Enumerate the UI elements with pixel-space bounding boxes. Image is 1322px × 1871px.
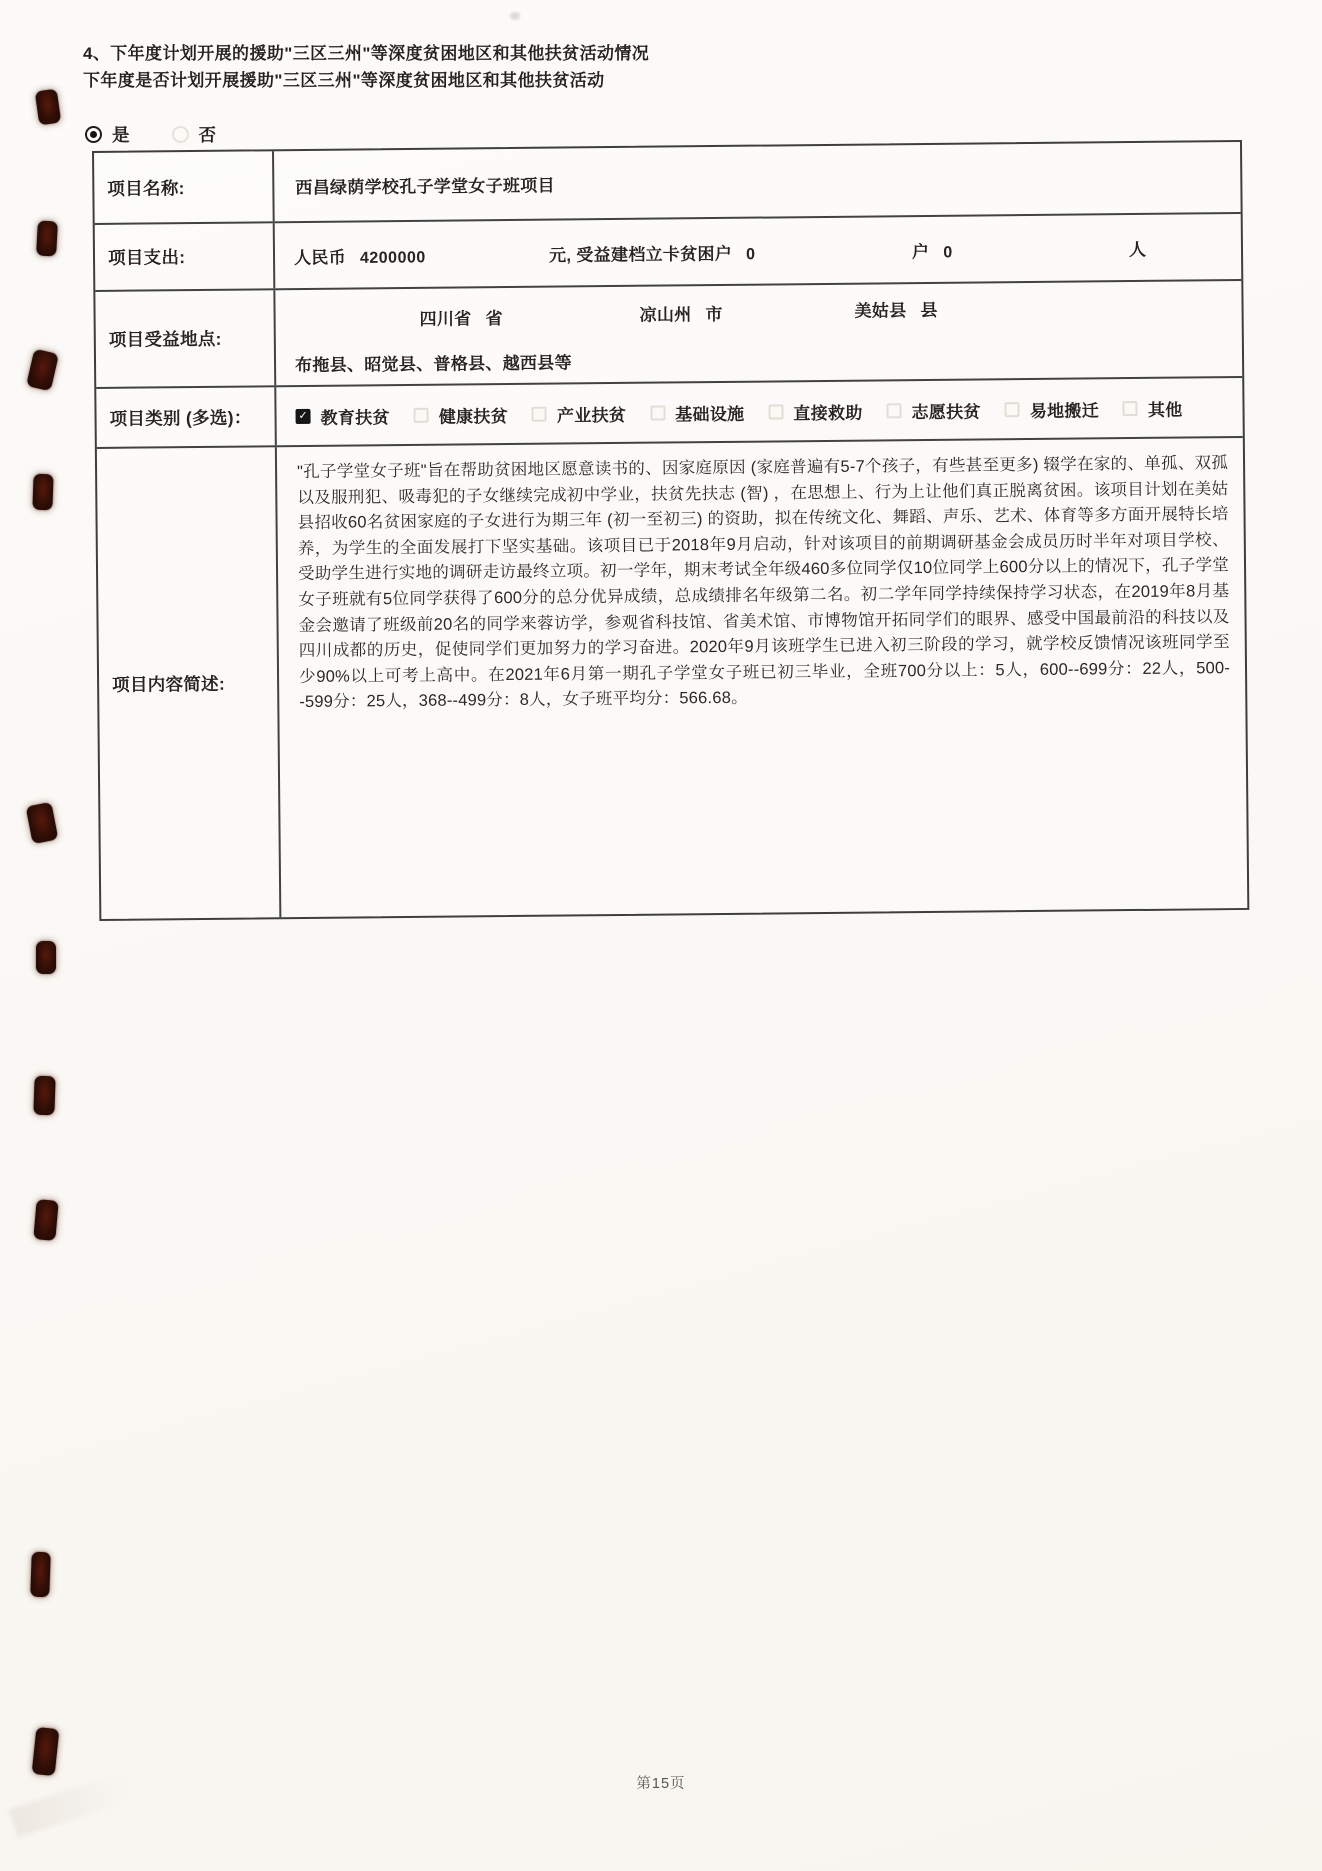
expenditure-label: 项目支出: [95, 223, 276, 290]
category-label: 直接救助 [793, 398, 862, 424]
category-label: 产业扶贫 [557, 400, 626, 426]
row-categories: 项目类别 (多选)： ✓教育扶贫健康扶贫产业扶贫基础设施直接救助志愿扶贫易地搬迁… [96, 376, 1243, 447]
binding-hole [30, 1552, 51, 1598]
category-label: 志愿扶贫 [911, 397, 980, 423]
category-option: 易地搬迁 [1005, 396, 1099, 422]
binding-hole [32, 474, 53, 511]
people-value: 0 [943, 244, 953, 261]
checkbox-unchecked-icon[interactable] [532, 406, 547, 421]
households-value: 0 [746, 246, 756, 263]
description-label: 项目内容简述: [97, 447, 282, 919]
category-options: ✓教育扶贫健康扶贫产业扶贫基础设施直接救助志愿扶贫易地搬迁其他 [276, 378, 1243, 445]
province-suffix: 省 [485, 309, 502, 328]
category-label: 易地搬迁 [1030, 396, 1099, 422]
category-option: 健康扶贫 [414, 402, 508, 428]
page-number: 第15页 [0, 1772, 1322, 1793]
project-name-label: 项目名称: [94, 151, 275, 223]
radio-dot-icon [90, 131, 97, 138]
location-label: 项目受益地点: [95, 290, 276, 387]
checkbox-unchecked-icon[interactable] [414, 407, 429, 422]
category-label: 教育扶贫 [320, 403, 389, 429]
section-heading: 4、下年度计划开展的援助"三区三州"等深度贫困地区和其他扶贫活动情况 下年度是否… [83, 40, 1133, 94]
category-option: 产业扶贫 [532, 400, 626, 426]
radio-no[interactable] [172, 126, 189, 143]
category-label: 基础设施 [675, 399, 744, 425]
description-content: "孔子学堂女子班"旨在帮助贫困地区愿意读书的、因家庭原因 (家庭普遍有5-7个孩… [277, 438, 1246, 716]
checkbox-checked-icon[interactable]: ✓ [295, 408, 310, 423]
category-option: ✓教育扶贫 [295, 403, 389, 429]
row-description: 项目内容简述: "孔子学堂女子班"旨在帮助贫困地区愿意读书的、因家庭原因 (家庭… [97, 436, 1247, 919]
city-suffix: 市 [705, 305, 722, 324]
category-option: 基础设施 [650, 399, 744, 425]
row-project-name: 项目名称: 西昌绿荫学校孔子学堂女子班项目 [94, 142, 1241, 223]
project-name-value: 西昌绿荫学校孔子学堂女子班项目 [295, 171, 555, 198]
radio-yes-label: 是 [112, 122, 130, 147]
households-field-label: 元, 受益建档立卡贫困户 [549, 244, 732, 265]
people-unit-label: 人 [1129, 240, 1146, 259]
row-expenditure: 项目支出: 人民币4200000 元, 受益建档立卡贫困户0 户0 人 [95, 212, 1242, 290]
radio-yes[interactable] [85, 126, 102, 143]
binding-hole [33, 1199, 58, 1241]
project-form-table: 项目名称: 西昌绿荫学校孔子学堂女子班项目 项目支出: 人民币4200000 元… [92, 140, 1249, 921]
plan-next-year-radio-group: 是 否 [85, 122, 216, 147]
city-value: 凉山州 [640, 305, 692, 324]
scan-smudge [510, 12, 520, 20]
checkbox-unchecked-icon[interactable] [1005, 402, 1020, 417]
currency-label: 人民币 [294, 248, 346, 267]
binding-hole [36, 221, 58, 257]
category-label: 其他 [1148, 395, 1183, 420]
binding-hole [26, 802, 59, 844]
categories-label: 项目类别 (多选)： [96, 387, 277, 447]
binding-hole [36, 941, 56, 974]
category-label: 健康扶贫 [439, 402, 508, 428]
checkbox-unchecked-icon[interactable] [768, 404, 783, 419]
section-heading-line1: 4、下年度计划开展的援助"三区三州"等深度贫困地区和其他扶贫活动情况 [83, 40, 1133, 67]
category-option: 其他 [1123, 395, 1183, 421]
checkbox-unchecked-icon[interactable] [1123, 400, 1138, 415]
binding-hole [32, 1727, 60, 1776]
location-detail: 布拖县、昭觉县、普格县、越西县等 [295, 348, 572, 376]
section-heading-line2: 下年度是否计划开展援助"三区三州"等深度贫困地区和其他扶贫活动 [83, 67, 1133, 94]
category-option: 直接救助 [768, 398, 862, 424]
checkbox-unchecked-icon[interactable] [886, 403, 901, 418]
binding-hole [33, 1076, 55, 1116]
amount-value: 4200000 [360, 249, 426, 267]
binding-hole [35, 89, 62, 126]
row-location: 项目受益地点: 四川省省 凉山州市 美姑县县 布拖县、昭觉县、普格县、越西县等 [95, 279, 1242, 387]
province-value: 四川省 [420, 309, 472, 328]
county-value: 美姑县 [854, 301, 906, 320]
radio-no-label: 否 [199, 122, 217, 147]
category-option: 志愿扶贫 [886, 397, 980, 423]
binding-hole [26, 349, 59, 392]
checkbox-unchecked-icon[interactable] [650, 405, 665, 420]
county-suffix: 县 [920, 301, 937, 320]
households-unit-label: 户 [912, 242, 929, 261]
